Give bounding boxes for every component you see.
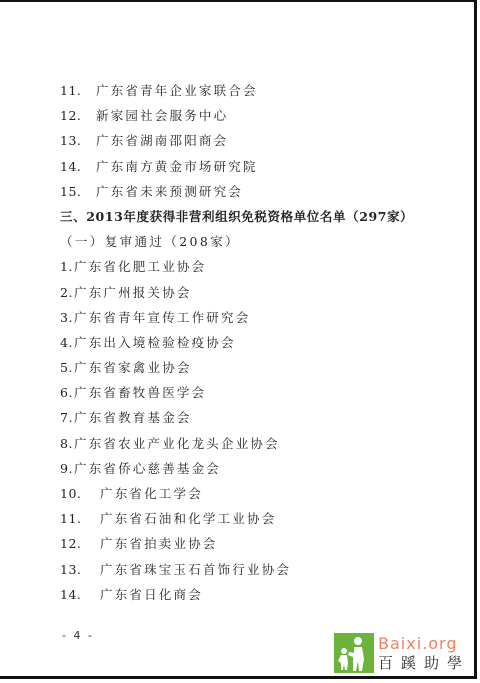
item-text: 广东省青年宣传工作研究会: [74, 310, 250, 325]
item-text: 广东省石油和化学工业协会: [100, 511, 276, 526]
list-item: 4.广东出入境检验检疫协会: [60, 330, 460, 355]
item-number: 14.: [60, 154, 96, 179]
section-heading: 三、2013年度获得非营利组织免税资格单位名单（297家）: [60, 204, 460, 229]
list-item: 14.广东省日化商会: [60, 582, 460, 607]
item-text: 广东省未来预测研究会: [96, 184, 243, 199]
item-text: 广东省畜牧兽医学会: [74, 385, 206, 400]
document-body: 11.广东省青年企业家联合会 12.新家园社会服务中心 13.广东省湖南邵阳商会…: [60, 78, 460, 607]
item-number: 2.: [60, 280, 74, 305]
item-number: 15.: [60, 179, 96, 204]
list-item: 8.广东省农业产业化龙头企业协会: [60, 431, 460, 456]
item-text: 新家园社会服务中心: [96, 108, 228, 123]
item-number: 13.: [60, 557, 100, 582]
item-text: 广东省侨心慈善基金会: [74, 461, 221, 476]
list-item: 13.广东省珠宝玉石首饰行业协会: [60, 557, 460, 582]
item-number: 7.: [60, 405, 74, 430]
item-text: 广东省湖南邵阳商会: [96, 133, 228, 148]
list-item: 12.新家园社会服务中心: [60, 103, 460, 128]
item-number: 12.: [60, 103, 96, 128]
item-text: 广东省教育基金会: [74, 410, 192, 425]
item-number: 13.: [60, 128, 96, 153]
item-text: 广东省珠宝玉石首饰行业协会: [100, 562, 291, 577]
item-number: 11.: [60, 506, 100, 531]
list-item: 14.广东南方黄金市场研究院: [60, 154, 460, 179]
list-item: 13.广东省湖南邵阳商会: [60, 128, 460, 153]
list-item: 7.广东省教育基金会: [60, 405, 460, 430]
list-item: 12.广东省拍卖业协会: [60, 531, 460, 556]
list-item: 11.广东省青年企业家联合会: [60, 78, 460, 103]
list-item: 6.广东省畜牧兽医学会: [60, 380, 460, 405]
item-number: 9.: [60, 456, 74, 481]
item-text: 广东南方黄金市场研究院: [96, 159, 258, 174]
list-item: 10.广东省化工学会: [60, 481, 460, 506]
list-item: 3.广东省青年宣传工作研究会: [60, 305, 460, 330]
item-number: 14.: [60, 582, 100, 607]
page-number: - 4 -: [62, 629, 94, 642]
watermark-text: Baixi.org 百蹊助學: [378, 636, 470, 671]
item-number: 1.: [60, 254, 74, 279]
list-item: 5.广东省家禽业协会: [60, 355, 460, 380]
list-item: 11.广东省石油和化学工业协会: [60, 506, 460, 531]
watermark: Baixi.org 百蹊助學: [334, 633, 470, 673]
watermark-site: Baixi.org: [378, 636, 470, 652]
item-text: 广东省家禽业协会: [74, 360, 192, 375]
item-text: 广东省化工学会: [100, 486, 203, 501]
item-text: 广东出入境检验检疫协会: [74, 335, 236, 350]
item-text: 广东省化肥工业协会: [74, 259, 206, 274]
watermark-name: 百蹊助學: [378, 656, 470, 671]
subsection-heading: （一）复审通过（208家）: [60, 229, 460, 254]
item-number: 10.: [60, 481, 100, 506]
item-number: 5.: [60, 355, 74, 380]
item-number: 4.: [60, 330, 74, 355]
item-text: 广东省拍卖业协会: [100, 536, 218, 551]
item-number: 8.: [60, 431, 74, 456]
item-number: 12.: [60, 531, 100, 556]
item-text: 广东广州报关协会: [74, 285, 192, 300]
parent-child-walking-icon: [334, 633, 374, 673]
item-number: 3.: [60, 305, 74, 330]
list-item: 2.广东广州报关协会: [60, 280, 460, 305]
item-text: 广东省日化商会: [100, 587, 203, 602]
item-text: 广东省农业产业化龙头企业协会: [74, 436, 280, 451]
item-text: 广东省青年企业家联合会: [96, 83, 258, 98]
list-item: 1.广东省化肥工业协会: [60, 254, 460, 279]
list-item: 9.广东省侨心慈善基金会: [60, 456, 460, 481]
list-item: 15.广东省未来预测研究会: [60, 179, 460, 204]
item-number: 6.: [60, 380, 74, 405]
item-number: 11.: [60, 78, 96, 103]
